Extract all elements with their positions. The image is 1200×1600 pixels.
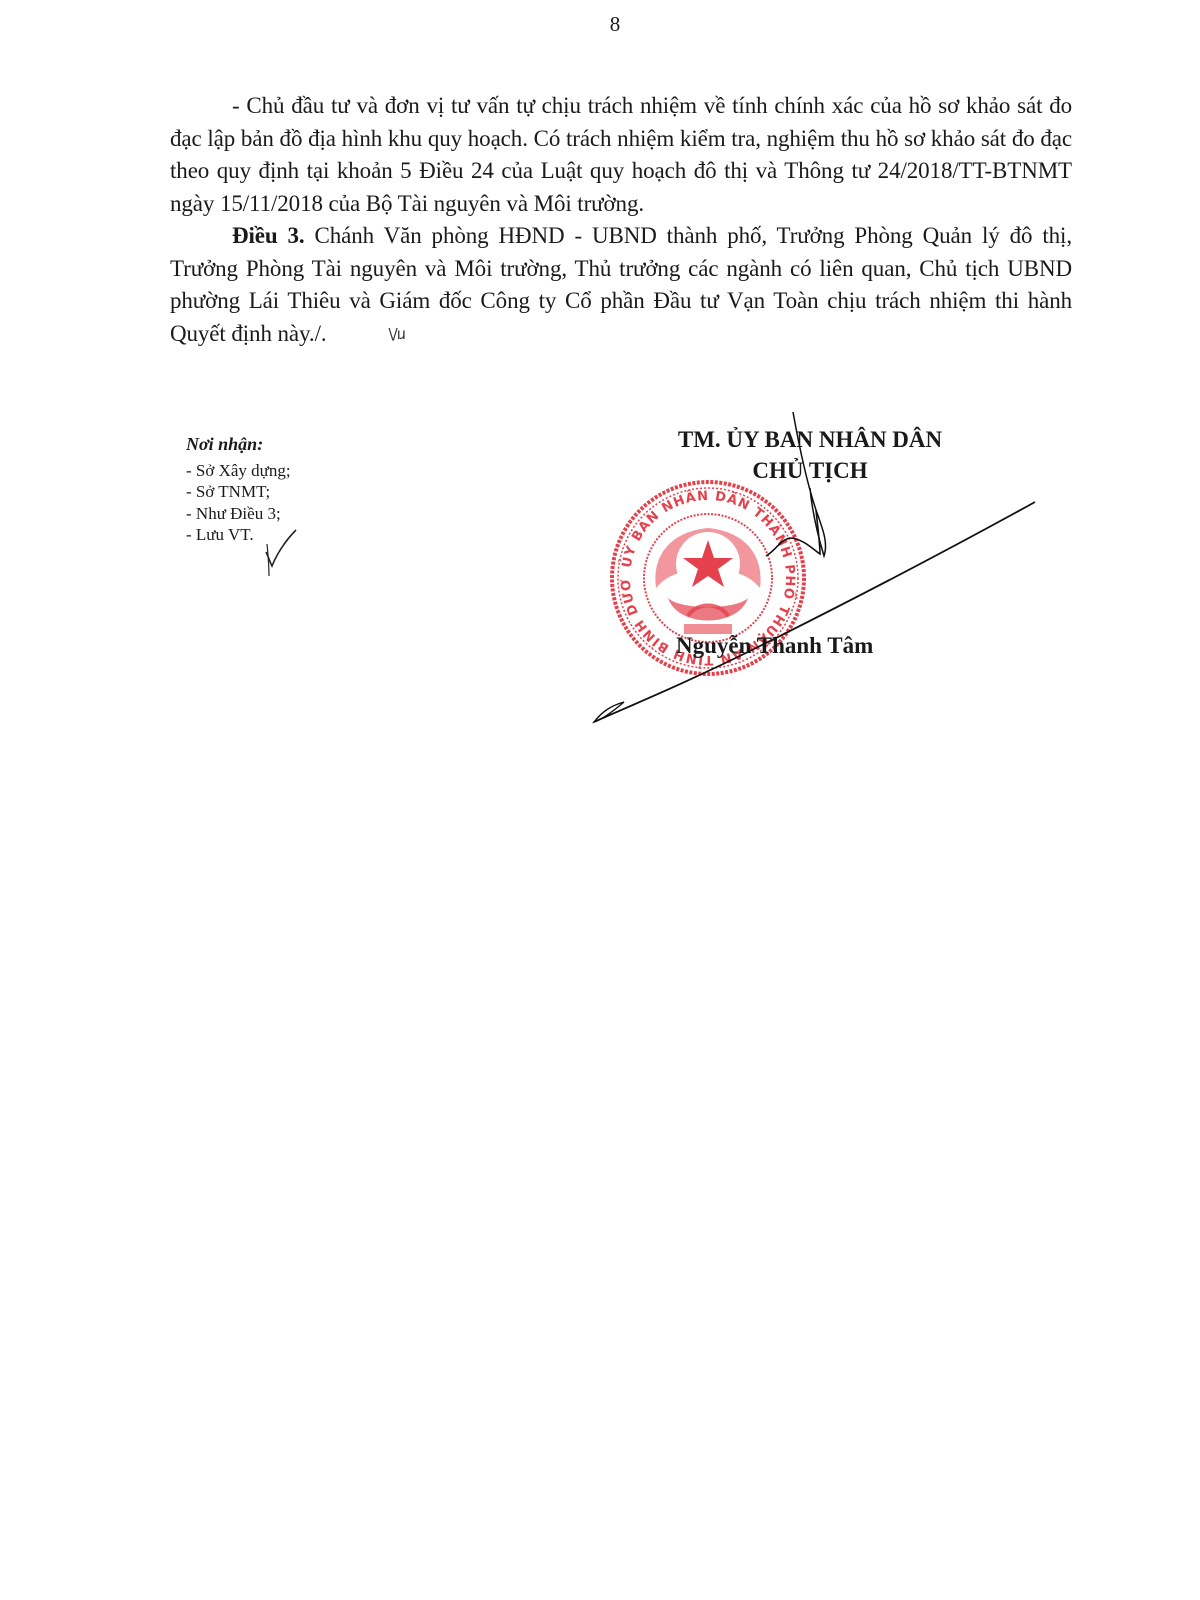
paragraph-responsibility: - Chủ đầu tư và đơn vị tư vấn tự chịu tr… — [170, 90, 1072, 220]
document-body: - Chủ đầu tư và đơn vị tư vấn tự chịu tr… — [170, 90, 1072, 352]
page-number: 8 — [0, 12, 1200, 37]
handwritten-initial-mark: \/ıɹ — [327, 318, 406, 351]
signature-org-title: TM. ỦY BAN NHÂN DÂN — [600, 424, 1020, 455]
signature-position: CHỦ TỊCH — [600, 455, 1020, 486]
article-3-text: Chánh Văn phòng HĐND - UBND thành phố, T… — [170, 223, 1072, 346]
recipient-item: - Sở TNMT; — [186, 481, 291, 503]
handwritten-initial-icon — [262, 526, 312, 578]
article-3: Điều 3. Chánh Văn phòng HĐND - UBND thàn… — [170, 220, 1072, 352]
article-3-label: Điều 3. — [232, 223, 305, 248]
signer-name: Nguyễn Thanh Tâm — [676, 633, 873, 659]
recipients-title: Nơi nhận: — [186, 434, 291, 456]
recipient-item: - Sở Xây dựng; — [186, 460, 291, 482]
paragraph-text: - Chủ đầu tư và đơn vị tư vấn tự chịu tr… — [170, 93, 1072, 216]
signature-block: TM. ỦY BAN NHÂN DÂN CHỦ TỊCH — [600, 424, 1020, 486]
recipient-item: - Như Điều 3; — [186, 503, 291, 525]
